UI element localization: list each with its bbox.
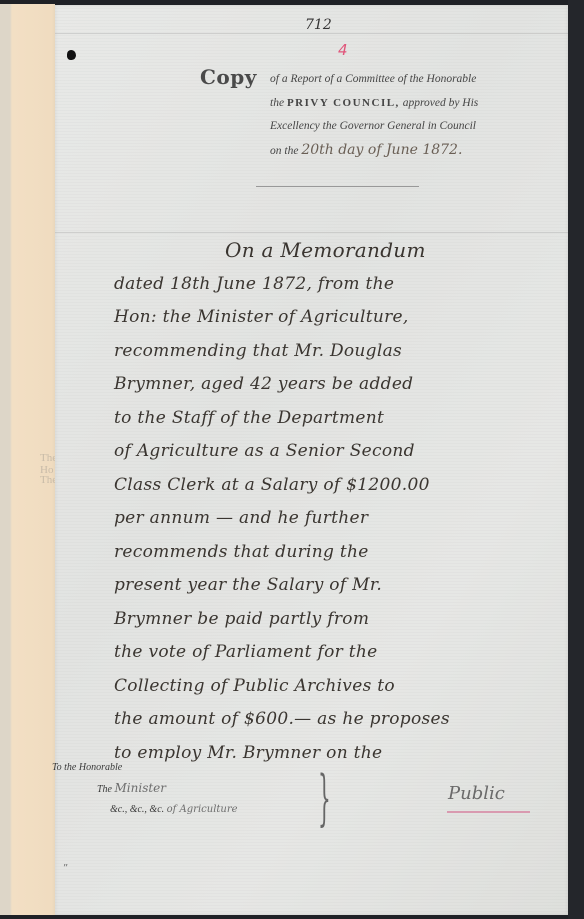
header-line: of a Report of a Committee of the Honora… bbox=[270, 68, 570, 92]
brace-mark: } bbox=[318, 763, 331, 833]
header-line: the PRIVY COUNCIL, approved by His bbox=[270, 92, 570, 116]
copy-heading: Copy bbox=[200, 65, 257, 89]
body-line: to the Staff of the Department bbox=[114, 402, 514, 436]
red-page-number: 4 bbox=[338, 41, 348, 59]
addressee-line: The Minister bbox=[52, 781, 238, 795]
addressee-handwritten: of Agriculture bbox=[167, 804, 238, 815]
body-line: recommends that during the bbox=[114, 536, 514, 570]
body-line: Brymner be paid partly from bbox=[114, 603, 514, 637]
header-text: approved by His bbox=[403, 97, 479, 109]
document-page: 712 4 Copy of a Report of a Committee of… bbox=[55, 5, 568, 915]
body-line: On a Memorandum bbox=[114, 234, 514, 268]
body-line: of Agriculture as a Senior Second bbox=[114, 435, 514, 469]
body-line: Brymner, aged 42 years be added bbox=[114, 368, 514, 402]
addressee-handwritten: Minister bbox=[115, 781, 167, 795]
body-line: Class Clerk at a Salary of $1200.00 bbox=[114, 469, 514, 503]
scan-border bbox=[568, 0, 584, 919]
privy-council-text: PRIVY COUNCIL, bbox=[287, 97, 400, 109]
header-text: on the bbox=[270, 145, 298, 157]
body-line: the vote of Parliament for the bbox=[114, 636, 514, 670]
fold-line bbox=[55, 33, 568, 34]
body-line: the amount of $600.— as he proposes bbox=[114, 703, 514, 737]
body-line: recommending that Mr. Douglas bbox=[114, 335, 514, 369]
body-line: present year the Salary of Mr. bbox=[114, 569, 514, 603]
margin-marks: ” bbox=[63, 863, 68, 874]
body-line: Hon: the Minister of Agriculture, bbox=[114, 301, 514, 335]
handwritten-date: 20th day of June 1872. bbox=[301, 142, 462, 158]
addressee-block: To the Honorable The Minister &c., &c., … bbox=[52, 762, 238, 815]
handwritten-body: On a Memorandum dated 18th June 1872, fr… bbox=[114, 234, 514, 770]
fold-line bbox=[55, 232, 568, 233]
catchword-underline bbox=[447, 811, 530, 813]
header-block: of a Report of a Committee of the Honora… bbox=[270, 68, 570, 162]
body-line: dated 18th June 1872, from the bbox=[114, 268, 514, 302]
header-line: on the 20th day of June 1872. bbox=[270, 139, 570, 163]
folio-number: 712 bbox=[305, 17, 332, 33]
underlying-paper-strip: The Ho The bbox=[0, 4, 55, 915]
addressee-line: To the Honorable bbox=[52, 762, 238, 773]
body-line: per annum — and he further bbox=[114, 502, 514, 536]
addressee-label: The bbox=[97, 784, 112, 795]
punch-hole-icon bbox=[67, 50, 76, 60]
catchword: Public bbox=[448, 783, 505, 804]
header-text: the bbox=[270, 97, 284, 109]
header-line: Excellency the Governor General in Counc… bbox=[270, 115, 570, 139]
addressee-line: &c., &c., &c. of Agriculture bbox=[52, 804, 238, 815]
body-line: Collecting of Public Archives to bbox=[114, 670, 514, 704]
addressee-label: &c., &c., &c. bbox=[110, 804, 164, 815]
header-rule bbox=[256, 186, 419, 187]
